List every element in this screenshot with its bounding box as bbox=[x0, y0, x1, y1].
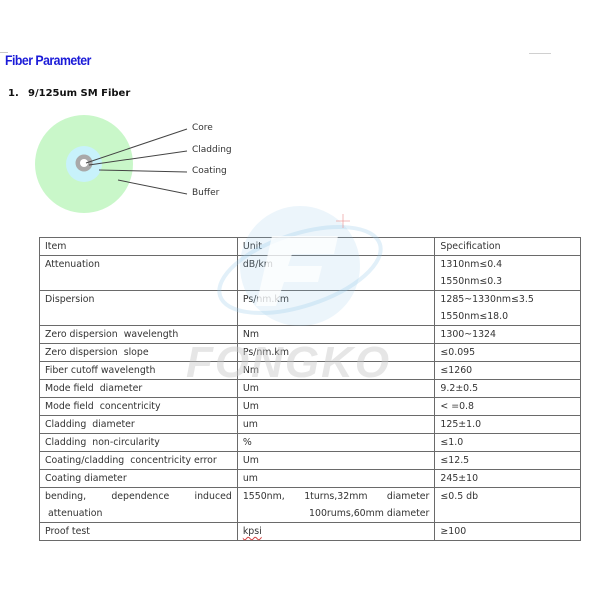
fiber-cross-section-diagram: Core Cladding Coating Buffer bbox=[0, 0, 600, 240]
table-row: Fiber cutoff wavelengthNm≤1260 bbox=[40, 362, 581, 380]
cell-specification: ≤0.095 bbox=[435, 344, 581, 362]
table-header-row: Item Unit Specification bbox=[40, 238, 581, 256]
cell-specification: 1300~1324 bbox=[435, 326, 581, 344]
cell-unit: Nm bbox=[237, 326, 435, 344]
cell-item: bending,dependenceinducedattenuation bbox=[40, 488, 238, 523]
cell-item: Mode field diameter bbox=[40, 380, 238, 398]
cell-specification: 1310nm≤0.41550nm≤0.3 bbox=[435, 256, 581, 291]
item-word: induced bbox=[195, 488, 232, 505]
spellcheck-underlined-text: kpsi bbox=[243, 526, 262, 537]
label-buffer: Buffer bbox=[192, 188, 219, 198]
item-line-1: bending,dependenceinduced bbox=[45, 488, 232, 505]
cell-unit: Um bbox=[237, 398, 435, 416]
unit-line-1: 1550nm,1turns,32mmdiameter bbox=[243, 488, 430, 505]
cell-specification: < =0.8 bbox=[435, 398, 581, 416]
cell-item: Fiber cutoff wavelength bbox=[40, 362, 238, 380]
table-row: AttenuationdB/km1310nm≤0.41550nm≤0.3 bbox=[40, 256, 581, 291]
cell-item: Zero dispersion wavelength bbox=[40, 326, 238, 344]
spec-line: 1550nm≤0.3 bbox=[440, 273, 575, 290]
cell-specification: 9.2±0.5 bbox=[435, 380, 581, 398]
spec-line: 1310nm≤0.4 bbox=[440, 256, 575, 273]
header-unit: Unit bbox=[237, 238, 435, 256]
cell-item: Zero dispersion slope bbox=[40, 344, 238, 362]
spec-line: 9.2±0.5 bbox=[440, 380, 575, 397]
cell-unit: Um bbox=[237, 452, 435, 470]
cell-item: Coating/cladding concentricity error bbox=[40, 452, 238, 470]
item-word: dependence bbox=[111, 488, 169, 505]
cell-specification: 125±1.0 bbox=[435, 416, 581, 434]
label-cladding: Cladding bbox=[192, 145, 232, 155]
header-item: Item bbox=[40, 238, 238, 256]
cell-specification: 1285~1330nm≤3.51550nm≤18.0 bbox=[435, 291, 581, 326]
cell-item: Mode field concentricity bbox=[40, 398, 238, 416]
cell-unit: % bbox=[237, 434, 435, 452]
unit-word: 1turns,32mm bbox=[304, 488, 367, 505]
spec-line: 125±1.0 bbox=[440, 416, 575, 433]
cell-item: Attenuation bbox=[40, 256, 238, 291]
table-row: Zero dispersion wavelengthNm1300~1324 bbox=[40, 326, 581, 344]
item-line-2: attenuation bbox=[45, 505, 232, 522]
cell-unit: kpsi bbox=[237, 523, 435, 541]
table-row: Coating/cladding concentricity errorUm≤1… bbox=[40, 452, 581, 470]
cell-specification: ≤0.5 db bbox=[435, 488, 581, 523]
cell-unit: Ps/nm.km bbox=[237, 291, 435, 326]
spec-line: < =0.8 bbox=[440, 398, 575, 415]
table-row: DispersionPs/nm.km1285~1330nm≤3.51550nm≤… bbox=[40, 291, 581, 326]
spec-line: ≤12.5 bbox=[440, 452, 575, 469]
cell-specification: ≤1260 bbox=[435, 362, 581, 380]
cell-unit: 1550nm,1turns,32mmdiameter100rums,60mm d… bbox=[237, 488, 435, 523]
cell-specification: ≤12.5 bbox=[435, 452, 581, 470]
cell-unit: Um bbox=[237, 380, 435, 398]
unit-word: 1550nm, bbox=[243, 488, 285, 505]
spec-line: ≤0.095 bbox=[440, 344, 575, 361]
fiber-diagram-graphic bbox=[0, 0, 600, 240]
spec-line: 245±10 bbox=[440, 470, 575, 487]
label-core: Core bbox=[192, 123, 213, 133]
cell-unit: Nm bbox=[237, 362, 435, 380]
cell-item: Cladding non-circularity bbox=[40, 434, 238, 452]
spec-line: 1300~1324 bbox=[440, 326, 575, 343]
cell-unit: um bbox=[237, 470, 435, 488]
item-word: bending, bbox=[45, 488, 86, 505]
unit-line-2: 100rums,60mm diameter bbox=[243, 505, 430, 522]
table-row: Coating diameterum245±10 bbox=[40, 470, 581, 488]
cell-item: Cladding diameter bbox=[40, 416, 238, 434]
spec-line: 1285~1330nm≤3.5 bbox=[440, 291, 575, 308]
spec-line: ≤1.0 bbox=[440, 434, 575, 451]
cell-item: Proof test bbox=[40, 523, 238, 541]
unit-word: diameter bbox=[387, 488, 430, 505]
cell-specification: ≤1.0 bbox=[435, 434, 581, 452]
header-specification: Specification bbox=[435, 238, 581, 256]
fiber-spec-table: Item Unit Specification AttenuationdB/km… bbox=[39, 237, 581, 541]
cell-item: Coating diameter bbox=[40, 470, 238, 488]
table-row: Mode field concentricityUm< =0.8 bbox=[40, 398, 581, 416]
cell-specification: ≥100 bbox=[435, 523, 581, 541]
table-row-bending: bending,dependenceinducedattenuation1550… bbox=[40, 488, 581, 523]
cell-unit: Ps/nm.km bbox=[237, 344, 435, 362]
label-coating: Coating bbox=[192, 166, 227, 176]
cell-item: Dispersion bbox=[40, 291, 238, 326]
cell-unit: um bbox=[237, 416, 435, 434]
spec-line: 1550nm≤18.0 bbox=[440, 308, 575, 325]
table-row: Cladding diameterum125±1.0 bbox=[40, 416, 581, 434]
table-row: Mode field diameterUm9.2±0.5 bbox=[40, 380, 581, 398]
spec-line: ≤1260 bbox=[440, 362, 575, 379]
table-row: Zero dispersion slopePs/nm.km≤0.095 bbox=[40, 344, 581, 362]
table-row-proof-test: Proof testkpsi≥100 bbox=[40, 523, 581, 541]
cell-specification: 245±10 bbox=[435, 470, 581, 488]
cell-unit: dB/km bbox=[237, 256, 435, 291]
table-row: Cladding non-circularity%≤1.0 bbox=[40, 434, 581, 452]
